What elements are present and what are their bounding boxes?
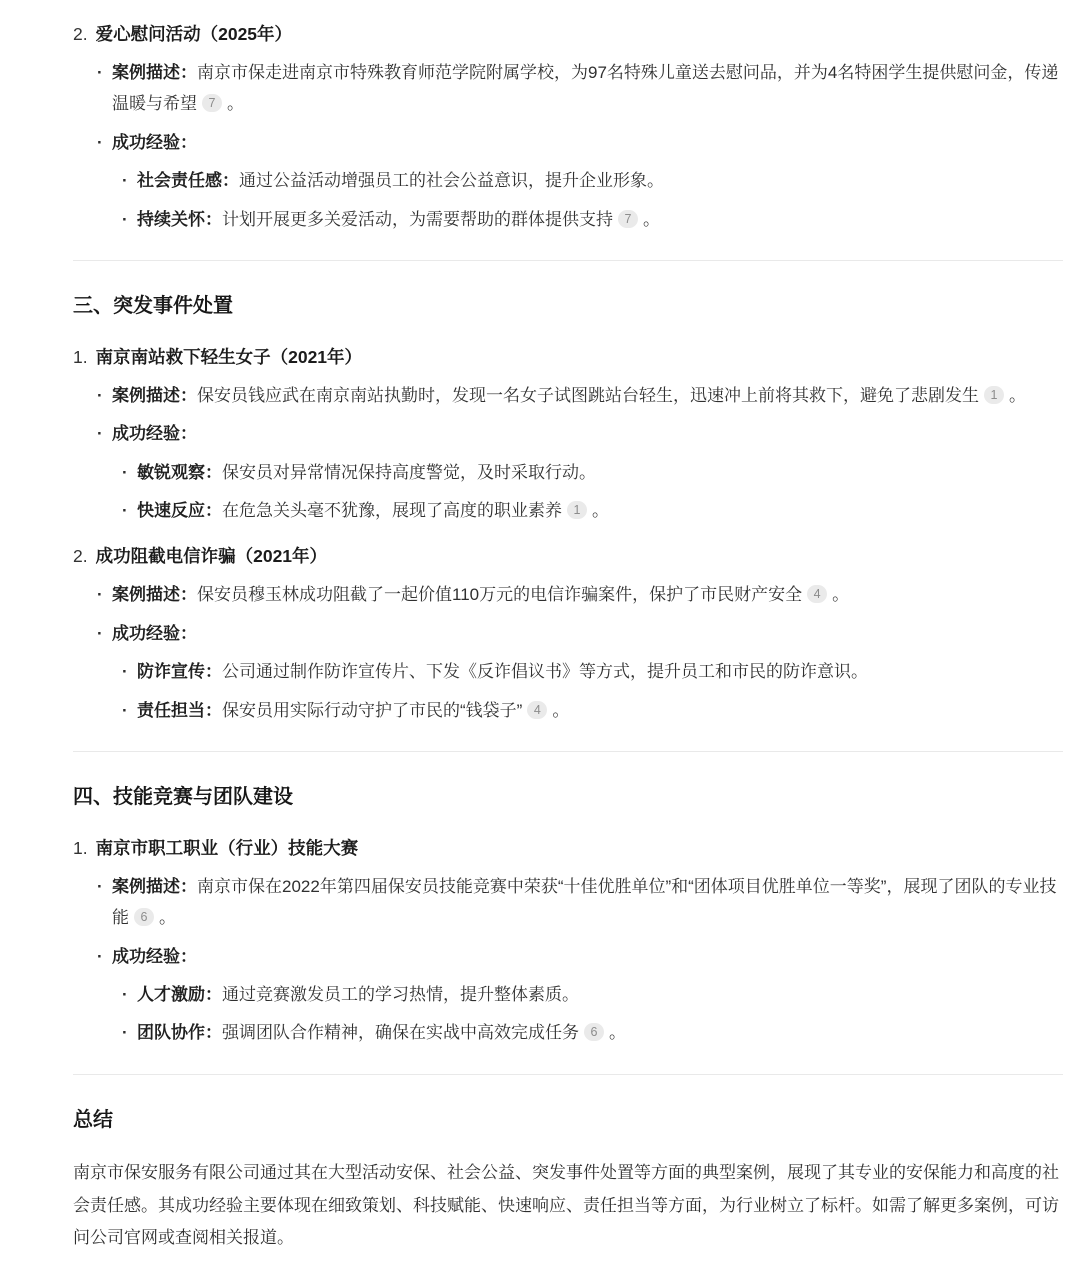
item-label: 案例描述： [112, 877, 197, 896]
item-label: 敏锐观察： [137, 463, 222, 482]
item-body: 强调团队合作精神，确保在实战中高效完成任务 [222, 1023, 579, 1042]
item-body: 通过公益活动增强员工的社会公益意识，提升企业形象。 [239, 171, 664, 190]
item-label: 案例描述： [112, 386, 197, 405]
section-heading: 三、突发事件处置 [73, 291, 1063, 321]
item-label: 持续关怀： [137, 210, 222, 229]
bullet-icon: · [122, 165, 137, 196]
list-item-text: 成功经验： [112, 127, 1063, 158]
item-body: 南京市保走进南京市特殊教育师范学院附属学校，为97名特殊儿童送去慰问品，并为4名… [112, 63, 1058, 113]
item-label: 成功经验： [112, 133, 197, 152]
item-tail: 。 [552, 701, 569, 720]
item-label: 责任担当： [137, 701, 222, 720]
list-item: ·成功经验： [73, 418, 1063, 449]
item-body: 保安员穆玉林成功阻截了一起价值110万元的电信诈骗案件，保护了市民财产安全 [197, 585, 802, 604]
case-item-title: 1.南京南站救下轻生女子（2021年） [73, 343, 1063, 373]
citation-badge[interactable]: 7 [618, 210, 638, 228]
divider [73, 260, 1063, 261]
list-item-text: 案例描述：南京市保在2022年第四届保安员技能竞赛中荣获“十佳优胜单位”和“团体… [112, 871, 1063, 934]
bullet-icon: · [122, 656, 137, 687]
item-tail: 。 [159, 908, 176, 927]
list-item-text: 案例描述：南京市保走进南京市特殊教育师范学院附属学校，为97名特殊儿童送去慰问品… [112, 57, 1063, 120]
list-item-text: 责任担当：保安员用实际行动守护了市民的“钱袋子”4。 [137, 695, 1063, 726]
list-item: ·案例描述：保安员穆玉林成功阻截了一起价值110万元的电信诈骗案件，保护了市民财… [73, 579, 1063, 610]
item-body: 保安员钱应武在南京南站执勤时，发现一名女子试图跳站台轻生，迅速冲上前将其救下，避… [197, 386, 979, 405]
citation-badge[interactable]: 1 [567, 501, 587, 519]
list-item: ·人才激励：通过竞赛激发员工的学习热情，提升整体素质。 [73, 979, 1063, 1010]
list-item-text: 案例描述：保安员穆玉林成功阻截了一起价值110万元的电信诈骗案件，保护了市民财产… [112, 579, 1063, 610]
citation-badge[interactable]: 7 [202, 94, 222, 112]
item-tail: 。 [643, 210, 660, 229]
list-item-text: 社会责任感：通过公益活动增强员工的社会公益意识，提升企业形象。 [137, 165, 1063, 196]
bullet-icon: · [122, 495, 137, 526]
list-item: ·社会责任感：通过公益活动增强员工的社会公益意识，提升企业形象。 [73, 165, 1063, 196]
item-label: 案例描述： [112, 63, 197, 82]
item-body: 通过竞赛激发员工的学习热情，提升整体素质。 [222, 985, 579, 1004]
bullet-icon: · [97, 418, 112, 449]
divider [73, 1074, 1063, 1075]
list-item: ·持续关怀：计划开展更多关爱活动，为需要帮助的群体提供支持7。 [73, 204, 1063, 235]
list-item-text: 人才激励：通过竞赛激发员工的学习热情，提升整体素质。 [137, 979, 1063, 1010]
item-label: 案例描述： [112, 585, 197, 604]
list-number: 1. [73, 347, 88, 367]
list-item: ·案例描述：南京市保走进南京市特殊教育师范学院附属学校，为97名特殊儿童送去慰问… [73, 57, 1063, 120]
list-item-text: 敏锐观察：保安员对异常情况保持高度警觉，及时采取行动。 [137, 457, 1063, 488]
citation-badge[interactable]: 6 [584, 1023, 604, 1041]
case-title-text: 成功阻截电信诈骗（2021年） [96, 546, 327, 566]
section-heading: 总结 [73, 1105, 1063, 1135]
item-label: 成功经验： [112, 424, 197, 443]
list-item-text: 团队协作：强调团队合作精神，确保在实战中高效完成任务6。 [137, 1017, 1063, 1048]
bullet-icon: · [97, 618, 112, 649]
list-item-text: 成功经验： [112, 418, 1063, 449]
section-heading: 四、技能竞赛与团队建设 [73, 782, 1063, 812]
item-label: 社会责任感： [137, 171, 239, 190]
case-item-title: 2.成功阻截电信诈骗（2021年） [73, 542, 1063, 572]
item-tail: 。 [592, 501, 609, 520]
item-label: 成功经验： [112, 947, 197, 966]
list-number: 2. [73, 546, 88, 566]
case-title-text: 爱心慰问活动（2025年） [96, 24, 292, 44]
summary-paragraph: 南京市保安服务有限公司通过其在大型活动安保、社会公益、突发事件处置等方面的典型案… [73, 1157, 1063, 1255]
bullet-icon: · [97, 941, 112, 972]
item-label: 防诈宣传： [137, 662, 222, 681]
bullet-icon: · [97, 380, 112, 411]
citation-badge[interactable]: 1 [984, 386, 1004, 404]
item-label: 快速反应： [137, 501, 222, 520]
item-tail: 。 [832, 585, 849, 604]
divider [73, 751, 1063, 752]
case-item-title: 2.爱心慰问活动（2025年） [73, 20, 1063, 50]
list-item: ·责任担当：保安员用实际行动守护了市民的“钱袋子”4。 [73, 695, 1063, 726]
citation-badge[interactable]: 6 [134, 908, 154, 926]
item-body: 公司通过制作防诈宣传片、下发《反诈倡议书》等方式，提升员工和市民的防诈意识。 [222, 662, 868, 681]
list-item: ·成功经验： [73, 941, 1063, 972]
item-label: 团队协作： [137, 1023, 222, 1042]
citation-badge[interactable]: 4 [527, 701, 547, 719]
list-number: 2. [73, 24, 88, 44]
item-tail: 。 [609, 1023, 626, 1042]
bullet-icon: · [122, 695, 137, 726]
item-body: 保安员对异常情况保持高度警觉，及时采取行动。 [222, 463, 596, 482]
item-body: 在危急关头毫不犹豫，展现了高度的职业素养 [222, 501, 562, 520]
case-title-text: 南京南站救下轻生女子（2021年） [96, 347, 362, 367]
item-tail: 。 [1009, 386, 1026, 405]
list-item-text: 案例描述：保安员钱应武在南京南站执勤时，发现一名女子试图跳站台轻生，迅速冲上前将… [112, 380, 1063, 411]
list-item-text: 持续关怀：计划开展更多关爱活动，为需要帮助的群体提供支持7。 [137, 204, 1063, 235]
list-item: ·防诈宣传：公司通过制作防诈宣传片、下发《反诈倡议书》等方式，提升员工和市民的防… [73, 656, 1063, 687]
list-item: ·成功经验： [73, 618, 1063, 649]
bullet-icon: · [97, 127, 112, 158]
list-item: ·成功经验： [73, 127, 1063, 158]
item-label: 成功经验： [112, 624, 197, 643]
item-body: 南京市保在2022年第四届保安员技能竞赛中荣获“十佳优胜单位”和“团体项目优胜单… [112, 877, 1056, 927]
list-number: 1. [73, 838, 88, 858]
item-body: 计划开展更多关爱活动，为需要帮助的群体提供支持 [222, 210, 613, 229]
bullet-icon: · [97, 871, 112, 934]
bullet-icon: · [122, 1017, 137, 1048]
list-item: ·快速反应：在危急关头毫不犹豫，展现了高度的职业素养1。 [73, 495, 1063, 526]
case-item-title: 1.南京市职工职业（行业）技能大赛 [73, 834, 1063, 864]
item-tail: 。 [227, 94, 244, 113]
document: 2.爱心慰问活动（2025年） ·案例描述：南京市保走进南京市特殊教育师范学院附… [0, 0, 1080, 1285]
item-label: 人才激励： [137, 985, 222, 1004]
list-item-text: 成功经验： [112, 618, 1063, 649]
citation-badge[interactable]: 4 [807, 585, 827, 603]
list-item-text: 快速反应：在危急关头毫不犹豫，展现了高度的职业素养1。 [137, 495, 1063, 526]
case-title-text: 南京市职工职业（行业）技能大赛 [96, 838, 359, 858]
list-item-text: 防诈宣传：公司通过制作防诈宣传片、下发《反诈倡议书》等方式，提升员工和市民的防诈… [137, 656, 1063, 687]
bullet-icon: · [122, 979, 137, 1010]
bullet-icon: · [122, 204, 137, 235]
list-item: ·团队协作：强调团队合作精神，确保在实战中高效完成任务6。 [73, 1017, 1063, 1048]
list-item: ·敏锐观察：保安员对异常情况保持高度警觉，及时采取行动。 [73, 457, 1063, 488]
bullet-icon: · [97, 579, 112, 610]
list-item: ·案例描述：保安员钱应武在南京南站执勤时，发现一名女子试图跳站台轻生，迅速冲上前… [73, 380, 1063, 411]
bullet-icon: · [122, 457, 137, 488]
item-body: 保安员用实际行动守护了市民的“钱袋子” [222, 701, 522, 720]
list-item-text: 成功经验： [112, 941, 1063, 972]
bullet-icon: · [97, 57, 112, 120]
list-item: ·案例描述：南京市保在2022年第四届保安员技能竞赛中荣获“十佳优胜单位”和“团… [73, 871, 1063, 934]
